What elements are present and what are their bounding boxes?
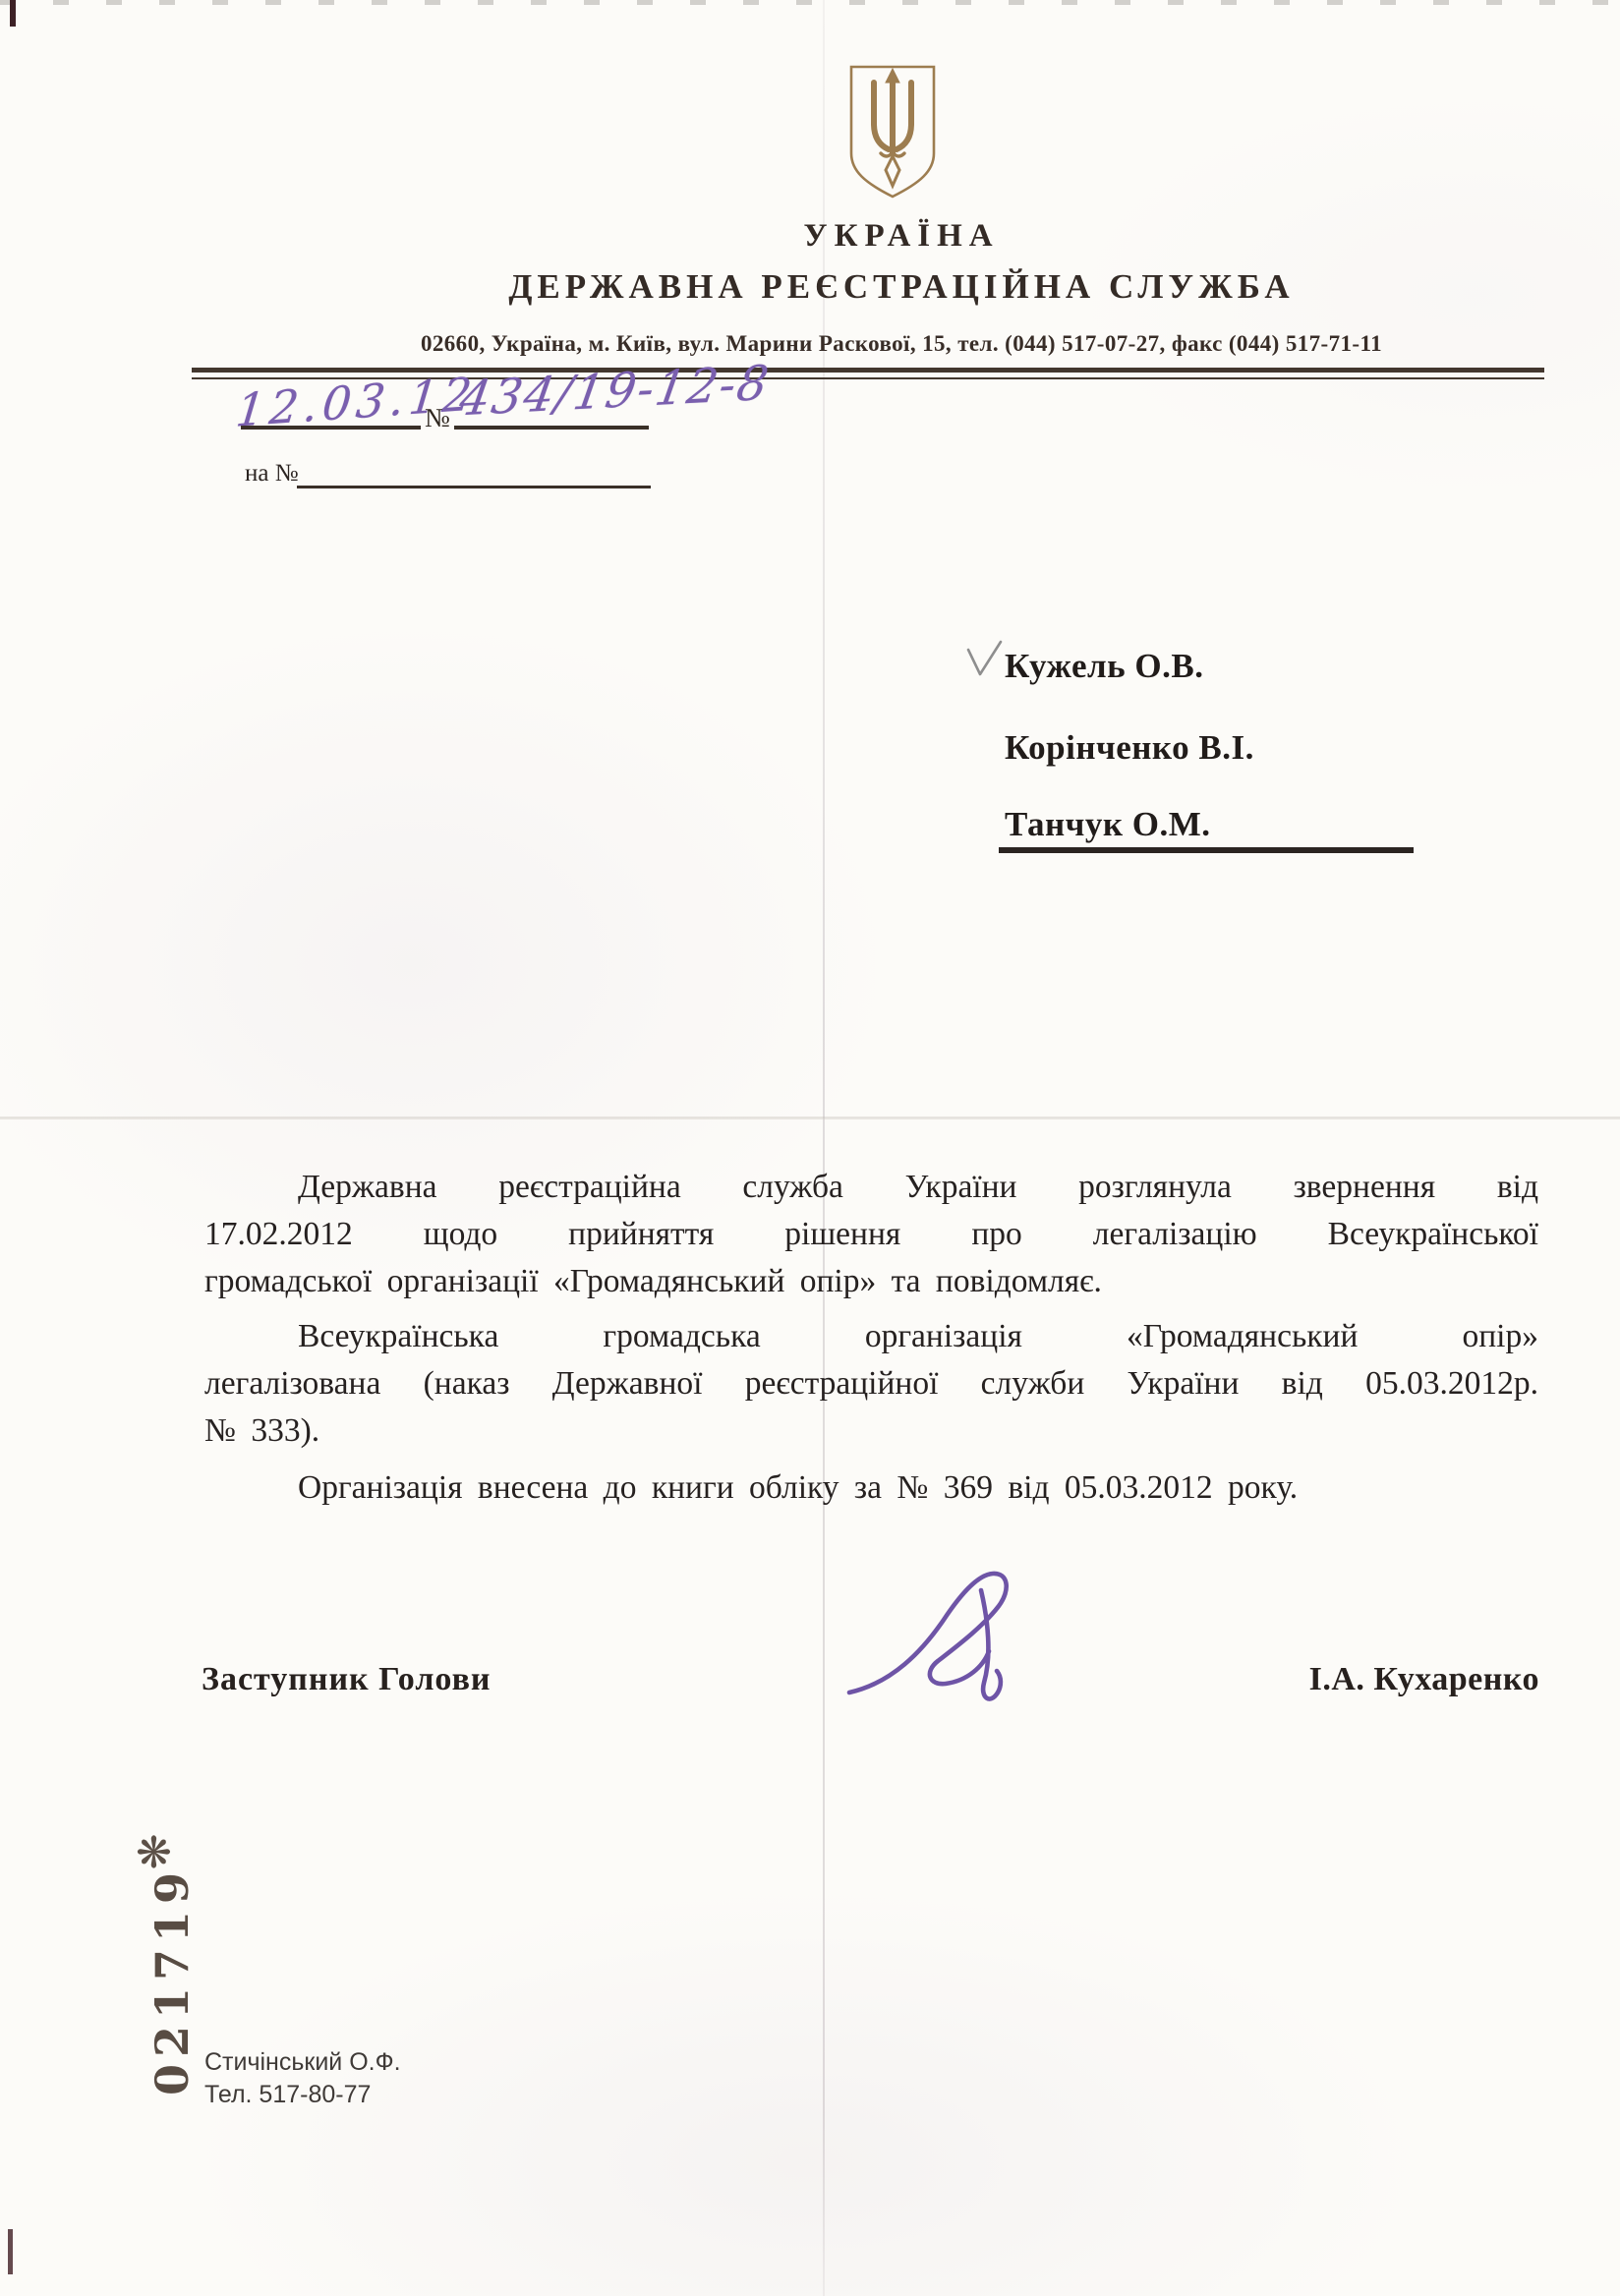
paragraph: Всеукраїнська громадська організація «Гр… bbox=[204, 1313, 1538, 1455]
reply-number-underline bbox=[297, 486, 651, 488]
scan-top-edge-artifact bbox=[0, 0, 1620, 5]
paragraph: Організація внесена до книги обліку за №… bbox=[204, 1464, 1538, 1512]
recipients-underline bbox=[999, 847, 1414, 853]
date-underline bbox=[241, 426, 421, 430]
signer-name: І.А. Кухаренко bbox=[1233, 1661, 1539, 1698]
vertical-stamp-number: 021719 bbox=[145, 1865, 199, 2095]
signer-position: Заступник Голови bbox=[202, 1661, 492, 1698]
executor-phone: Тел. 517-80-77 bbox=[204, 2081, 371, 2109]
ukraine-trident-emblem-icon bbox=[843, 61, 942, 201]
body-line: громадської організації «Громадянський о… bbox=[204, 1258, 1538, 1305]
scan-mark-bottom-left bbox=[8, 2229, 13, 2274]
recipient-name: Танчук О.М. bbox=[1005, 805, 1211, 844]
number-sign-label: № bbox=[425, 403, 450, 433]
pencil-checkmark-icon bbox=[965, 639, 1005, 680]
body-line: № 333). bbox=[204, 1407, 1538, 1455]
reply-to-number-label: на № bbox=[245, 460, 299, 488]
executor-name: Стичінський О.Ф. bbox=[204, 2048, 401, 2077]
reference-number-underline bbox=[454, 426, 649, 430]
body-line: легалізована (наказ Державної реєстрацій… bbox=[204, 1360, 1538, 1407]
organization-name: ДЕРЖАВНА РЕЄСТРАЦІЙНА СЛУЖБА bbox=[183, 267, 1620, 307]
horizontal-fold-crease bbox=[0, 1117, 1620, 1119]
body-line: 17.02.2012 щодо прийняття рішення про ле… bbox=[204, 1211, 1538, 1258]
paragraph: Державна реєстраційна служба України роз… bbox=[204, 1164, 1538, 1305]
body-line: Державна реєстраційна служба України роз… bbox=[204, 1164, 1538, 1211]
body-line: Всеукраїнська громадська організація «Гр… bbox=[204, 1313, 1538, 1360]
body-line: Організація внесена до книги обліку за №… bbox=[204, 1464, 1538, 1512]
organization-address: 02660, Україна, м. Київ, вул. Марини Рас… bbox=[183, 331, 1620, 357]
scanned-letter-page: УКРАЇНА ДЕРЖАВНА РЕЄСТРАЦІЙНА СЛУЖБА 026… bbox=[0, 0, 1620, 2296]
scan-mark-top-left bbox=[10, 0, 16, 27]
handwritten-signature bbox=[836, 1567, 1130, 1704]
recipient-name: Корінченко В.І. bbox=[1005, 728, 1254, 768]
letter-body: Державна реєстраційна служба України роз… bbox=[204, 1164, 1538, 1512]
recipient-name: Кужель О.В. bbox=[1005, 647, 1203, 686]
handwritten-reference-number: 434/19-12-8 bbox=[456, 355, 774, 427]
country-title: УКРАЇНА bbox=[183, 218, 1620, 255]
